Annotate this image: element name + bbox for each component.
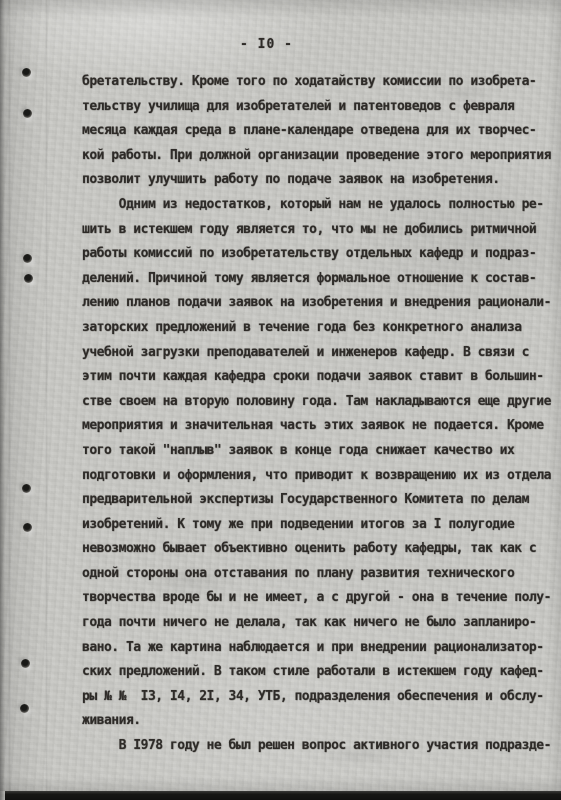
scan-edge-bar: [5, 791, 561, 800]
punch-hole: [23, 523, 32, 532]
typewritten-body-text: бретательству. Кроме того по ходатайству…: [82, 70, 551, 759]
punch-hole: [21, 659, 30, 668]
bottom-edge-shade: [0, 777, 561, 791]
punch-hole: [22, 484, 31, 493]
paper-crease: [8, 0, 11, 800]
page-left-edge-shadow: [0, 0, 46, 800]
punch-hole: [22, 68, 31, 77]
scanned-document-page: - I0 - бретательству. Кроме того по хода…: [0, 0, 561, 800]
paper-crease: [45, 0, 48, 800]
punch-hole: [23, 254, 32, 263]
page-number: - I0 -: [240, 37, 293, 52]
punch-hole: [24, 274, 33, 283]
punch-hole: [20, 704, 29, 713]
page-top-edge-shadow: [0, 0, 561, 18]
punch-hole: [23, 109, 32, 118]
